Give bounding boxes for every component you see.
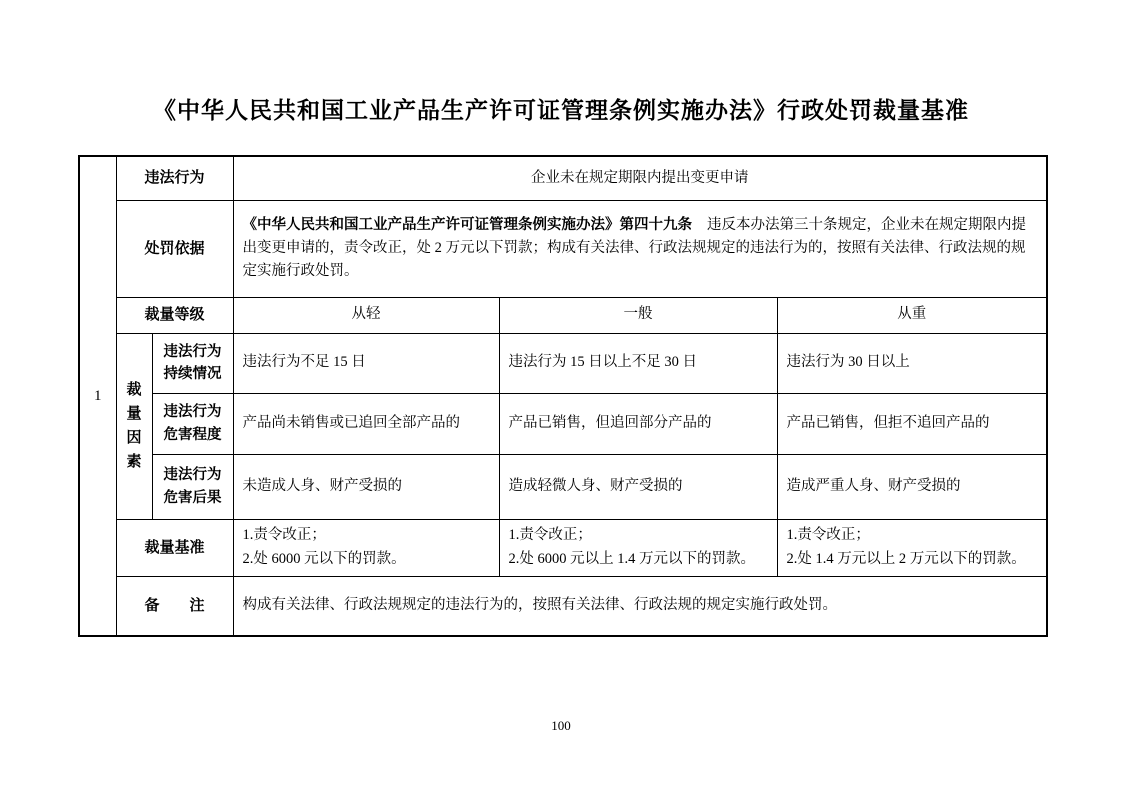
row-number-cell: 1: [79, 156, 116, 636]
penalty-basis-label: 处罚依据: [116, 200, 233, 297]
penalty-basis-clause: 《中华人民共和国工业产品生产许可证管理条例实施办法》第四十九条: [243, 217, 693, 233]
remarks-value: 构成有关法律、行政法规规定的违法行为的，按照有关法律、行政法规的规定实施行政处罚…: [233, 576, 1047, 636]
factor-severity-general: 产品已销售，但追回部分产品的: [499, 393, 777, 454]
remarks-label: 备 注: [116, 576, 233, 636]
factor-consequence-row: 违法行为 危害后果 未造成人身、财产受损的 造成轻微人身、财产受损的 造成严重人…: [79, 454, 1047, 519]
page-number: 100: [0, 718, 1122, 734]
factor-consequence-heavy: 造成严重人身、财产受损的: [777, 454, 1047, 519]
page-title: 《中华人民共和国工业产品生产许可证管理条例实施办法》行政处罚裁量基准: [0, 92, 1122, 125]
discretion-standard-row: 裁量基准 1.责令改正； 2.处 6000 元以下的罚款。 1.责令改正； 2.…: [79, 519, 1047, 576]
factor-severity-light: 产品尚未销售或已追回全部产品的: [233, 393, 499, 454]
factor-duration-name: 违法行为 持续情况: [152, 333, 233, 393]
factor-severity-name: 违法行为 危害程度: [152, 393, 233, 454]
factor-consequence-name: 违法行为 危害后果: [152, 454, 233, 519]
penalty-basis-row: 处罚依据 《中华人民共和国工业产品生产许可证管理条例实施办法》第四十九条违反本办…: [79, 200, 1047, 297]
factor-duration-light: 违法行为不足 15 日: [233, 333, 499, 393]
penalty-basis-value: 《中华人民共和国工业产品生产许可证管理条例实施办法》第四十九条违反本办法第三十条…: [233, 200, 1047, 297]
standard-light: 1.责令改正； 2.处 6000 元以下的罚款。: [233, 519, 499, 576]
illegal-act-row: 1 违法行为 企业未在规定期限内提出变更申请: [79, 156, 1047, 200]
level-general-header: 一般: [499, 297, 777, 333]
standard-heavy: 1.责令改正； 2.处 1.4 万元以上 2 万元以下的罚款。: [777, 519, 1047, 576]
factor-duration-heavy: 违法行为 30 日以上: [777, 333, 1047, 393]
remarks-row: 备 注 构成有关法律、行政法规规定的违法行为的，按照有关法律、行政法规的规定实施…: [79, 576, 1047, 636]
discretion-level-row: 裁量等级 从轻 一般 从重: [79, 297, 1047, 333]
level-light-header: 从轻: [233, 297, 499, 333]
level-heavy-header: 从重: [777, 297, 1047, 333]
factor-duration-row: 裁 量 因 素 违法行为 持续情况 违法行为不足 15 日 违法行为 15 日以…: [79, 333, 1047, 393]
factor-severity-heavy: 产品已销售，但拒不追回产品的: [777, 393, 1047, 454]
discretion-level-label: 裁量等级: [116, 297, 233, 333]
discretion-standard-label: 裁量基准: [116, 519, 233, 576]
illegal-act-label: 违法行为: [116, 156, 233, 200]
factor-duration-general: 违法行为 15 日以上不足 30 日: [499, 333, 777, 393]
factor-consequence-light: 未造成人身、财产受损的: [233, 454, 499, 519]
penalty-discretion-table: 1 违法行为 企业未在规定期限内提出变更申请 处罚依据 《中华人民共和国工业产品…: [78, 155, 1048, 637]
illegal-act-value: 企业未在规定期限内提出变更申请: [233, 156, 1047, 200]
factor-severity-row: 违法行为 危害程度 产品尚未销售或已追回全部产品的 产品已销售，但追回部分产品的…: [79, 393, 1047, 454]
document-page: 《中华人民共和国工业产品生产许可证管理条例实施办法》行政处罚裁量基准 1 违法行…: [0, 0, 1122, 793]
standard-general: 1.责令改正； 2.处 6000 元以上 1.4 万元以下的罚款。: [499, 519, 777, 576]
discretion-factors-label: 裁 量 因 素: [116, 333, 152, 519]
factor-consequence-general: 造成轻微人身、财产受损的: [499, 454, 777, 519]
